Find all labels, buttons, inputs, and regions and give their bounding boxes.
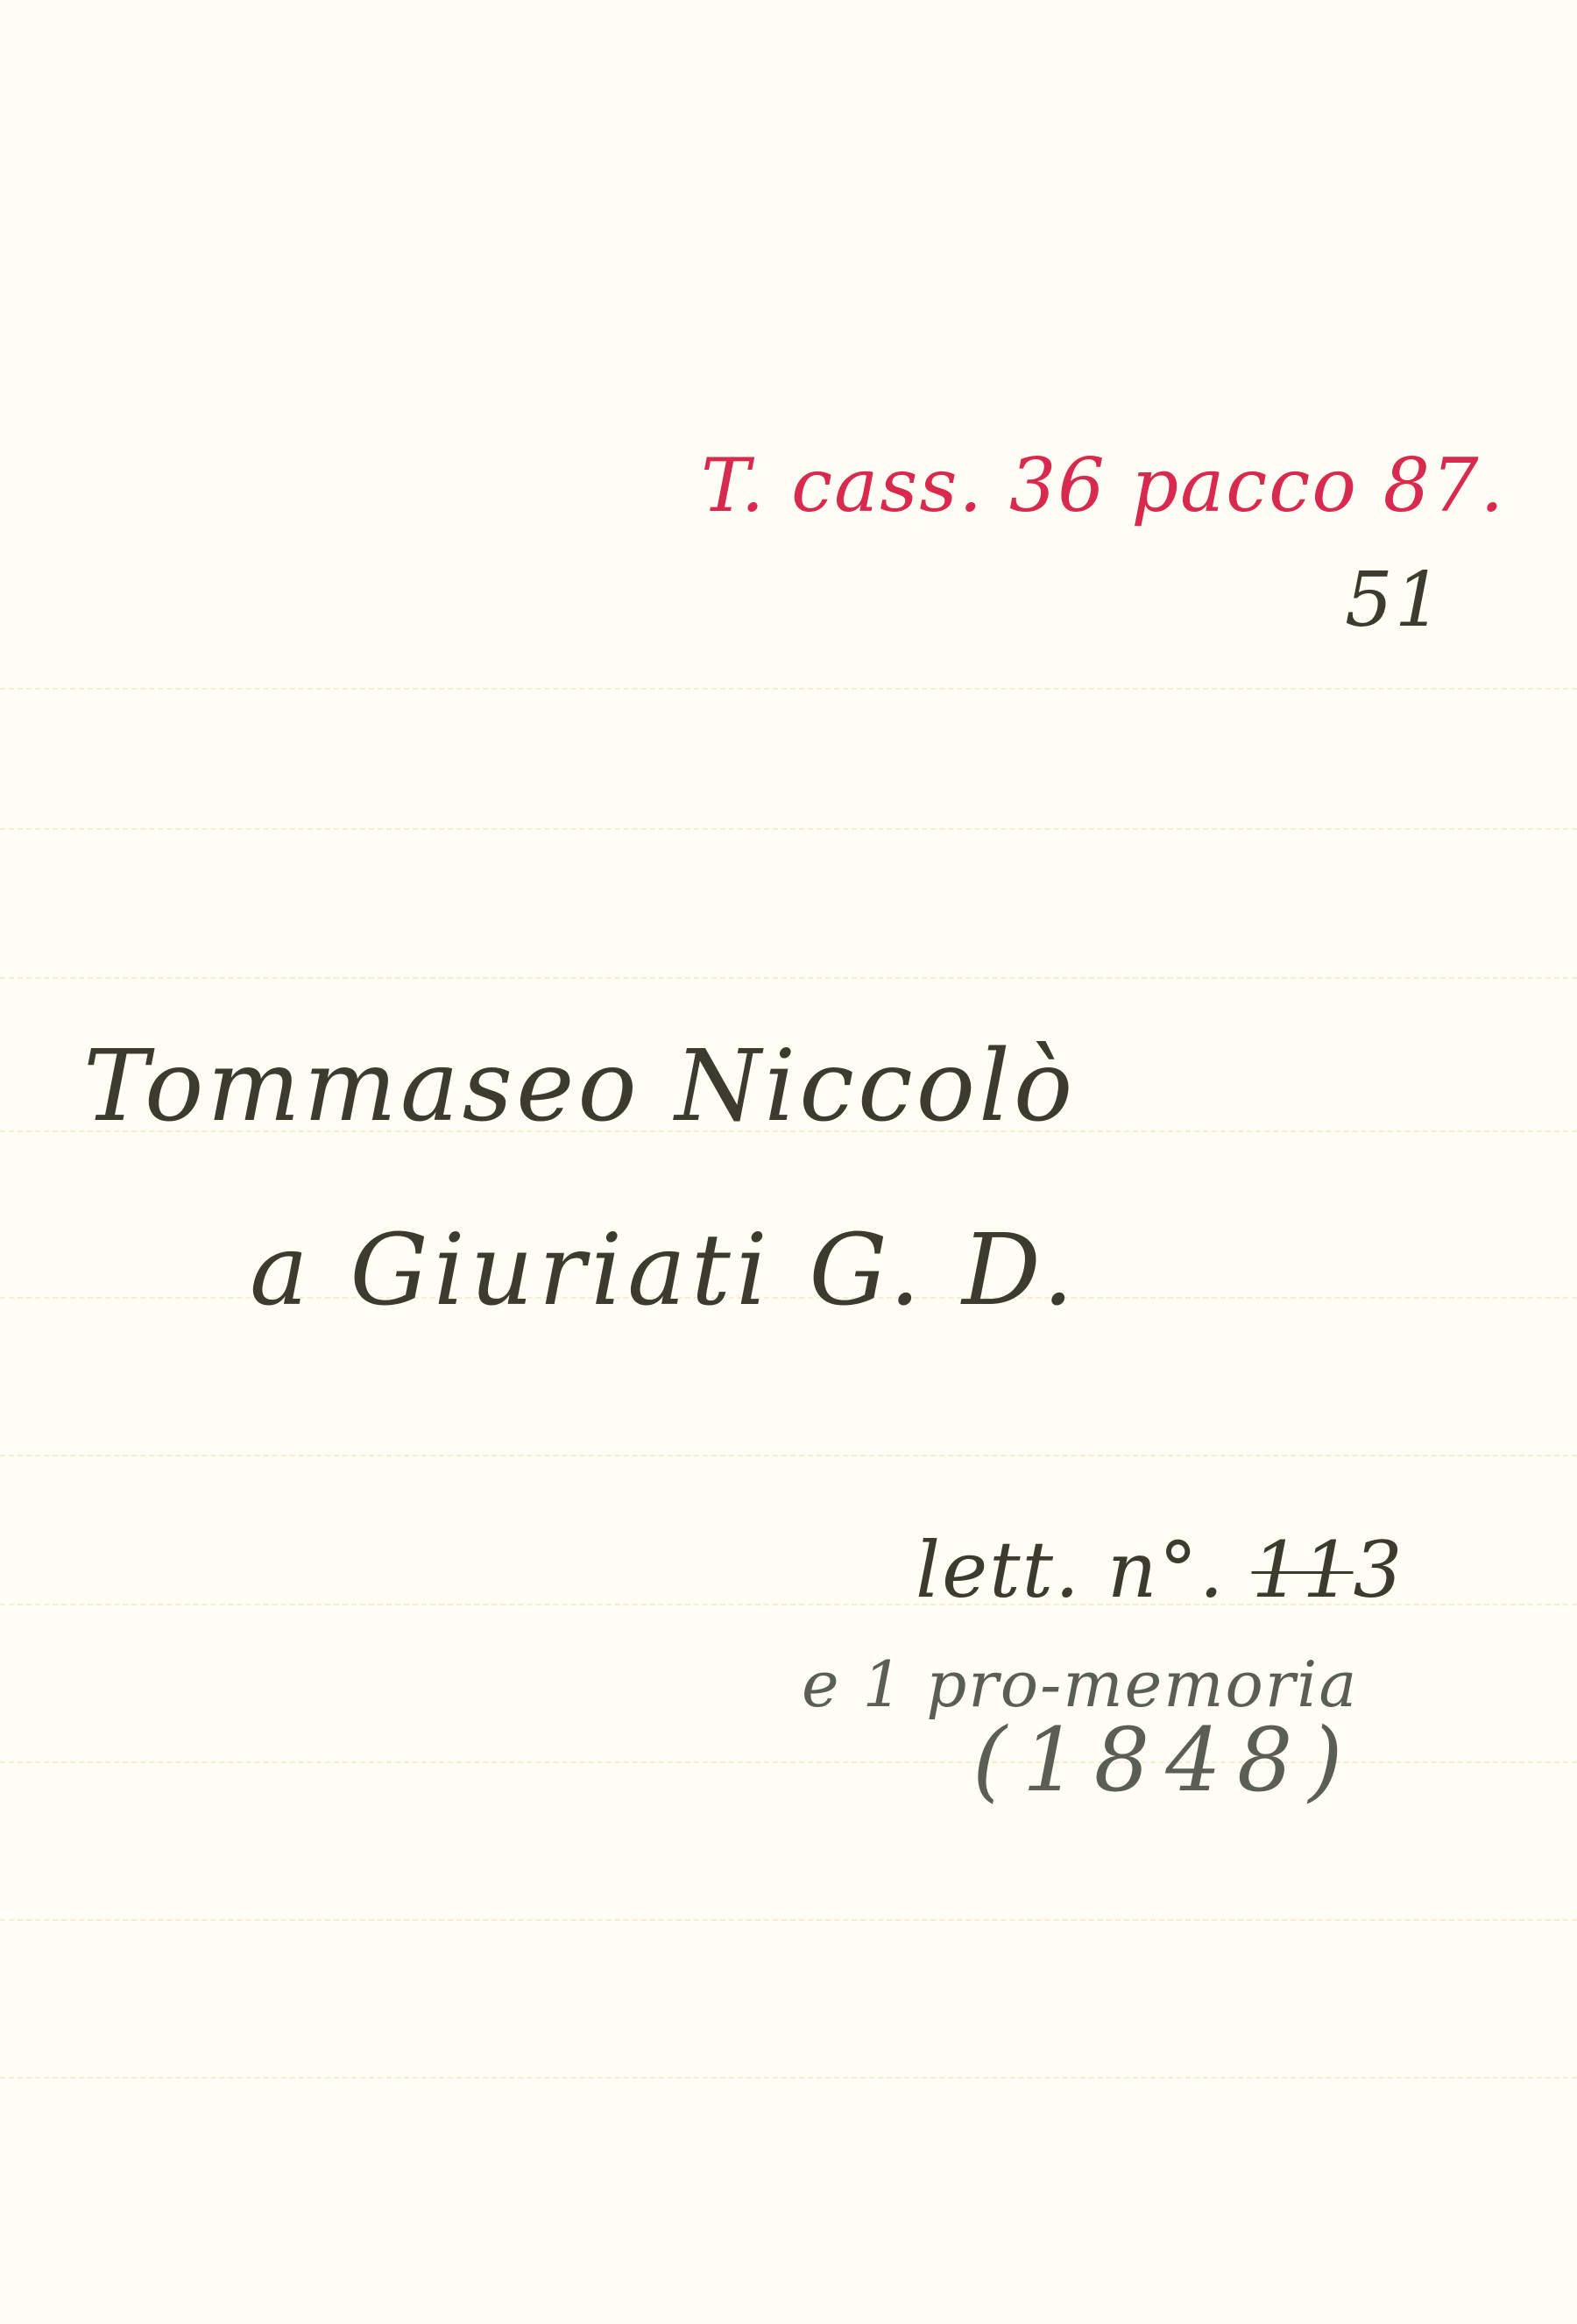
ruled-line bbox=[0, 2077, 1577, 2079]
ruled-line bbox=[0, 1919, 1577, 1921]
ruled-line bbox=[0, 688, 1577, 690]
year-note: (1848) bbox=[972, 1709, 1359, 1811]
ruled-line bbox=[0, 1455, 1577, 1456]
ruled-line bbox=[0, 977, 1577, 979]
letters-count: 3 bbox=[1354, 1525, 1404, 1615]
letters-count-line: lett. n°. 113 bbox=[916, 1525, 1404, 1615]
item-number: 51 bbox=[1345, 556, 1444, 644]
catalog-card: T. cass. 36 pacco 87. 51 Tommaseo Niccol… bbox=[0, 0, 1577, 2324]
shelfmark: T. cass. 36 pacco 87. bbox=[701, 443, 1505, 528]
title-author: Tommaseo Niccolò bbox=[83, 1030, 1076, 1144]
letters-label: lett. n°. bbox=[916, 1525, 1226, 1615]
letters-count-struck: 11 bbox=[1252, 1525, 1354, 1615]
ruled-line bbox=[0, 828, 1577, 830]
title-recipient: a Giuriati G. D. bbox=[250, 1214, 1078, 1328]
